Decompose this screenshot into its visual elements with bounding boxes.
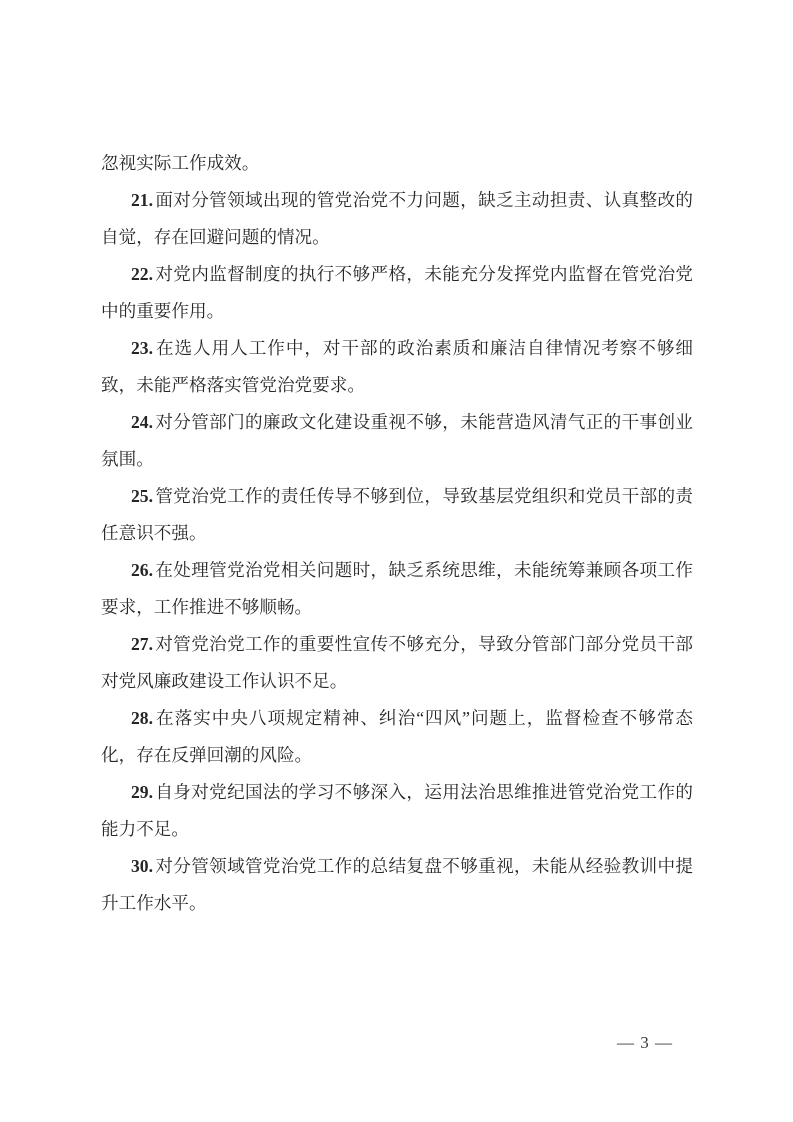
item-number: 26. xyxy=(131,560,155,580)
numbered-item-25: 25.管党治党工作的责任传导不够到位，导致基层党组织和党员干部的责任意识不强。 xyxy=(101,478,693,552)
item-text: 自身对党纪国法的学习不够深入，运用法治思维推进管党治党工作的能力不足。 xyxy=(101,782,693,839)
numbered-item-26: 26.在处理管党治党相关问题时，缺乏系统思维，未能统筹兼顾各项工作要求，工作推进… xyxy=(101,552,693,626)
item-number: 21. xyxy=(131,190,155,210)
item-text: 对管党治党工作的重要性宣传不够充分，导致分管部门部分党员干部对党风廉政建设工作认… xyxy=(101,634,693,691)
numbered-item-21: 21.面对分管领域出现的管党治党不力问题，缺乏主动担责、认真整改的自觉，存在回避… xyxy=(101,182,693,256)
item-text: 在处理管党治党相关问题时，缺乏系统思维，未能统筹兼顾各项工作要求，工作推进不够顺… xyxy=(101,560,693,617)
item-number: 23. xyxy=(131,338,155,358)
continuation-text: 忽视实际工作成效。 xyxy=(101,153,259,173)
page-number: — 3 — xyxy=(617,1033,673,1052)
item-number: 30. xyxy=(131,856,155,876)
item-number: 28. xyxy=(131,708,155,728)
numbered-item-27: 27.对管党治党工作的重要性宣传不够充分，导致分管部门部分党员干部对党风廉政建设… xyxy=(101,626,693,700)
page-footer: — 3 — xyxy=(617,1031,673,1055)
numbered-item-30: 30.对分管领域管党治党工作的总结复盘不够重视，未能从经验教训中提升工作水平。 xyxy=(101,848,693,922)
numbered-item-24: 24.对分管部门的廉政文化建设重视不够，未能营造风清气正的干事创业氛围。 xyxy=(101,404,693,478)
item-text: 对党内监督制度的执行不够严格，未能充分发挥党内监督在管党治党中的重要作用。 xyxy=(101,264,693,321)
document-page: 忽视实际工作成效。 21.面对分管领域出现的管党治党不力问题，缺乏主动担责、认真… xyxy=(0,0,793,1122)
numbered-item-22: 22.对党内监督制度的执行不够严格，未能充分发挥党内监督在管党治党中的重要作用。 xyxy=(101,256,693,330)
paragraph-continuation: 忽视实际工作成效。 xyxy=(101,145,693,182)
item-number: 27. xyxy=(131,634,155,654)
numbered-item-28: 28.在落实中央八项规定精神、纠治“四风”问题上，监督检查不够常态化，存在反弹回… xyxy=(101,700,693,774)
item-text: 管党治党工作的责任传导不够到位，导致基层党组织和党员干部的责任意识不强。 xyxy=(101,486,693,543)
item-number: 24. xyxy=(131,412,155,432)
item-text: 在落实中央八项规定精神、纠治“四风”问题上，监督检查不够常态化，存在反弹回潮的风… xyxy=(101,708,693,765)
numbered-item-23: 23.在选人用人工作中，对干部的政治素质和廉洁自律情况考察不够细致，未能严格落实… xyxy=(101,330,693,404)
item-number: 22. xyxy=(131,264,155,284)
item-text: 对分管领域管党治党工作的总结复盘不够重视，未能从经验教训中提升工作水平。 xyxy=(101,856,693,913)
item-text: 面对分管领域出现的管党治党不力问题，缺乏主动担责、认真整改的自觉，存在回避问题的… xyxy=(101,190,693,247)
item-text: 在选人用人工作中，对干部的政治素质和廉洁自律情况考察不够细致，未能严格落实管党治… xyxy=(101,338,693,395)
item-text: 对分管部门的廉政文化建设重视不够，未能营造风清气正的干事创业氛围。 xyxy=(101,412,693,469)
item-number: 25. xyxy=(131,486,155,506)
document-body: 忽视实际工作成效。 21.面对分管领域出现的管党治党不力问题，缺乏主动担责、认真… xyxy=(101,145,693,922)
item-number: 29. xyxy=(131,782,155,802)
numbered-item-29: 29.自身对党纪国法的学习不够深入，运用法治思维推进管党治党工作的能力不足。 xyxy=(101,774,693,848)
